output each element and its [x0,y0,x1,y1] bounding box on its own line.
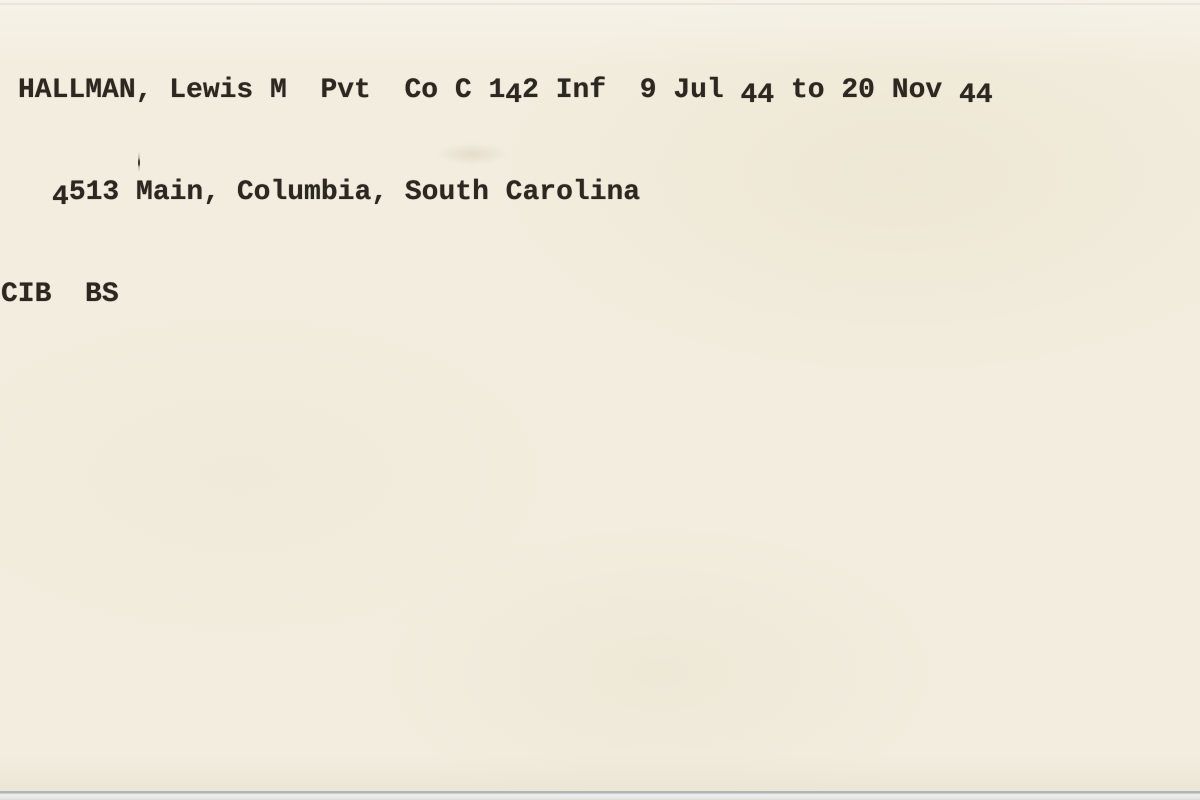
scanned-card-image: HALLMAN, Lewis M Pvt Co C 142 Inf 9 Jul … [0,0,1200,800]
scanner-streak [0,3,1200,5]
typed-text-block: HALLMAN, Lewis M Pvt Co C 142 Inf 9 Jul … [0,6,1200,380]
typed-line-name-unit-dates: HALLMAN, Lewis M Pvt Co C 142 Inf 9 Jul … [0,74,1200,108]
ink-speck [138,152,140,172]
typed-line-awards: CIB BS [0,278,1200,312]
index-card: HALLMAN, Lewis M Pvt Co C 142 Inf 9 Jul … [0,0,1200,791]
typed-line-address: 4513 Main, Columbia, South Carolina [0,176,1200,210]
card-bottom-edge [0,791,1200,800]
bleedthrough-smudge [425,140,520,168]
